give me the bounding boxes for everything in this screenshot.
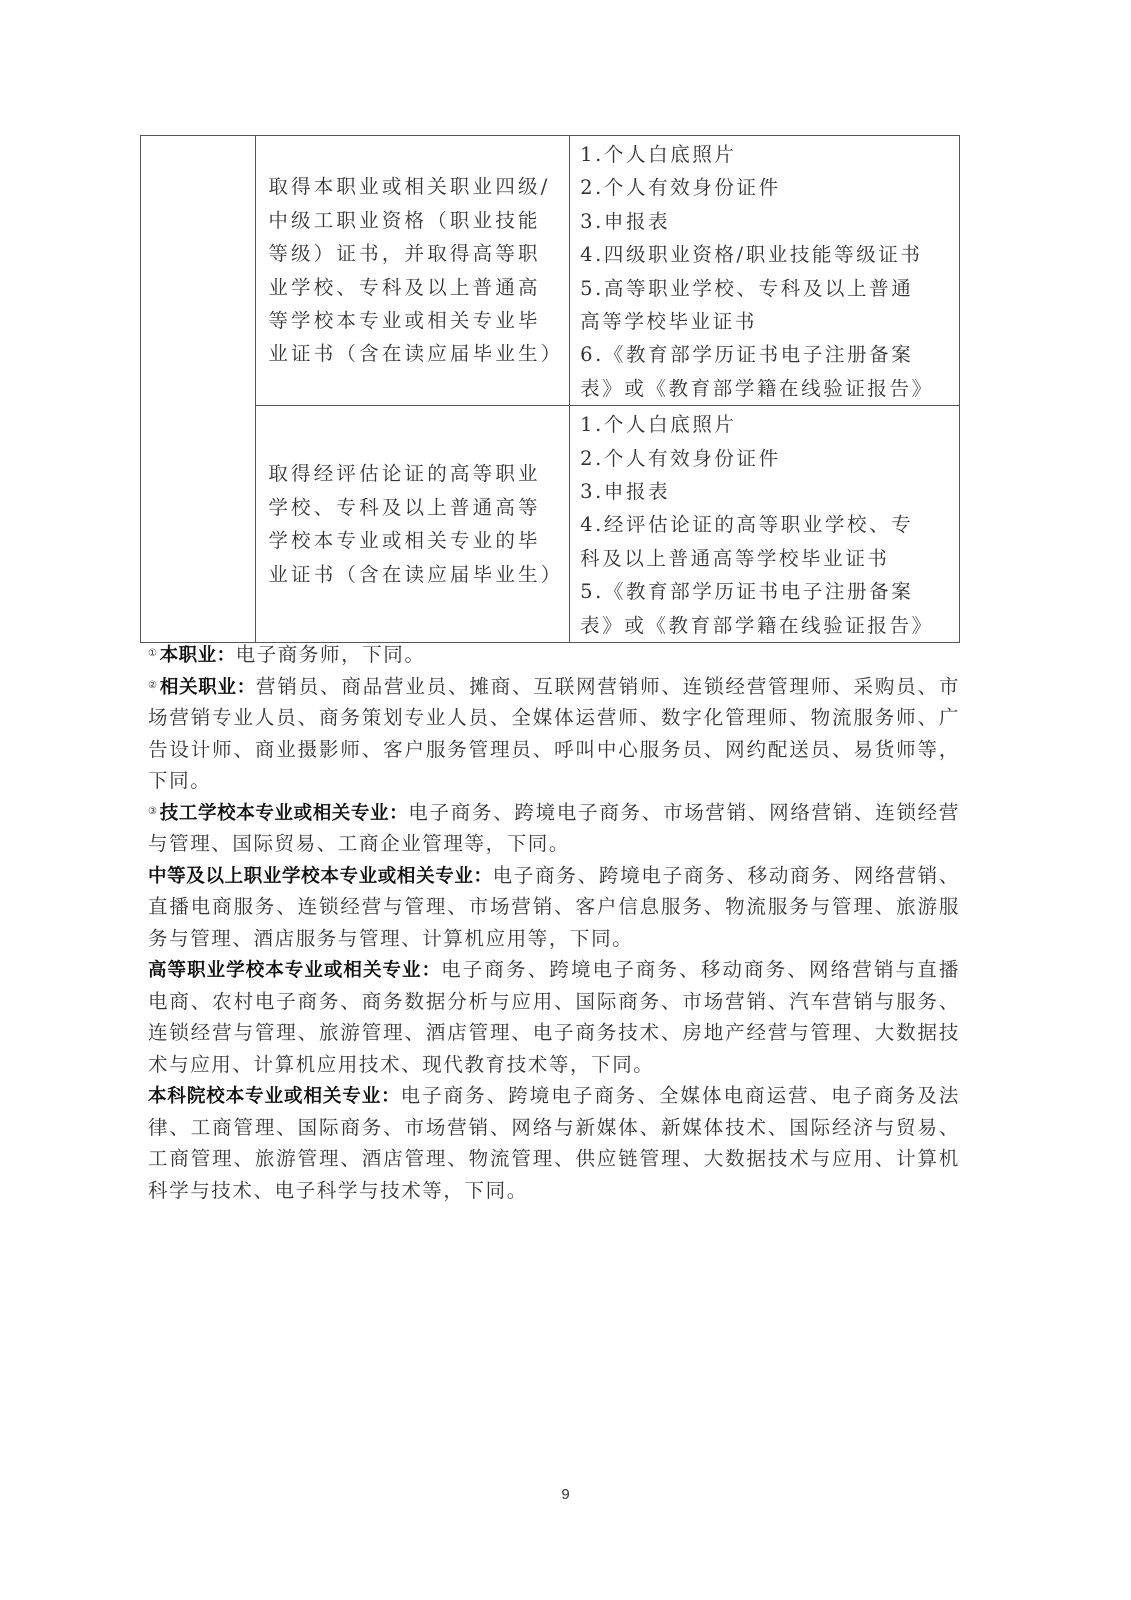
material-item: 4.四级职业资格/职业技能等级证书 — [580, 238, 953, 271]
footnotes: ①本职业：电子商务师，下同。 ②相关职业：营销员、商品营业员、摊商、互联网营销师… — [148, 640, 960, 1207]
footnote-term: 中等及以上职业学校本专业或相关专业： — [148, 866, 493, 887]
condition-line: 等学校本专业或相关专业毕 — [268, 304, 559, 337]
material-item: 3.申报表 — [580, 205, 953, 238]
footnote-text: 电子商务师，下同。 — [236, 645, 426, 666]
footnote-this-occupation: ①本职业：电子商务师，下同。 — [148, 640, 960, 672]
footnote-higher-vocational-majors: 高等职业学校本专业或相关专业：电子商务、跨境电子商务、移动商务、网络营销与直播电… — [148, 955, 960, 1081]
condition-line: 业证书（含在读应届毕业生） — [268, 558, 559, 591]
footnote-term: 高等职业学校本专业或相关专业： — [148, 960, 441, 981]
footnote-secondary-vocational-majors: 中等及以上职业学校本专业或相关专业：电子商务、跨境电子商务、移动商务、网络营销、… — [148, 861, 960, 956]
materials-cell: 1.个人白底照片 2.个人有效身份证件 3.申报表 4.四级职业资格/职业技能等… — [570, 136, 960, 406]
footnote-term: 本科院校本专业或相关专业： — [148, 1086, 401, 1107]
footnote-term: 本职业： — [160, 645, 236, 666]
footnote-text: 营销员、商品营业员、摊商、互联网营销师、连锁经营管理师、采购员、市场营销专业人员… — [148, 677, 960, 793]
footnote-undergraduate-majors: 本科院校本专业或相关专业：电子商务、跨境电子商务、全媒体电商运营、电子商务及法律… — [148, 1081, 960, 1207]
table-row: 取得本职业或相关职业四级/ 中级工职业资格（职业技能 等级）证书，并取得高等职 … — [141, 136, 960, 406]
material-item: 表》或《教育部学籍在线验证报告》 — [580, 372, 953, 405]
footnote-related-occupations: ②相关职业：营销员、商品营业员、摊商、互联网营销师、连锁经营管理师、采购员、市场… — [148, 672, 960, 798]
condition-line: 业学校、专科及以上普通高 — [268, 271, 559, 304]
footnote-technical-school-majors: ③技工学校本专业或相关专业：电子商务、跨境电子商务、市场营销、网络营销、连锁经营… — [148, 798, 960, 861]
footnote-term: 相关职业： — [160, 677, 256, 698]
material-item: 4.经评估论证的高等职业学校、专 — [580, 508, 953, 541]
footnote-marker: ③ — [148, 806, 159, 817]
material-item: 1.个人白底照片 — [580, 408, 953, 441]
table-row: 取得经评估论证的高等职业 学校、专科及以上普通高等 学校本专业或相关专业的毕 业… — [141, 406, 960, 643]
materials-cell: 1.个人白底照片 2.个人有效身份证件 3.申报表 4.经评估论证的高等职业学校… — [570, 406, 960, 643]
material-item: 表》或《教育部学籍在线验证报告》 — [580, 609, 953, 642]
material-item: 1.个人白底照片 — [580, 138, 953, 171]
condition-line: 学校本专业或相关专业的毕 — [268, 524, 559, 557]
footnote-marker: ② — [148, 680, 159, 691]
material-item: 2.个人有效身份证件 — [580, 442, 953, 475]
condition-line: 等级）证书，并取得高等职 — [268, 237, 559, 270]
condition-line: 取得经评估论证的高等职业 — [268, 457, 559, 490]
material-item: 高等学校毕业证书 — [580, 305, 953, 338]
condition-line: 业证书（含在读应届毕业生） — [268, 337, 559, 370]
condition-cell: 取得本职业或相关职业四级/ 中级工职业资格（职业技能 等级）证书，并取得高等职 … — [256, 136, 570, 406]
footnote-term: 技工学校本专业或相关专业： — [160, 803, 409, 824]
condition-cell: 取得经评估论证的高等职业 学校、专科及以上普通高等 学校本专业或相关专业的毕 业… — [256, 406, 570, 643]
material-item: 科及以上普通高等学校毕业证书 — [580, 542, 953, 575]
material-item: 2.个人有效身份证件 — [580, 171, 953, 204]
material-item: 3.申报表 — [580, 475, 953, 508]
material-item: 5.《教育部学历证书电子注册备案 — [580, 575, 953, 608]
condition-line: 取得本职业或相关职业四级/ — [268, 170, 559, 203]
page-number: 9 — [0, 1486, 1131, 1503]
material-item: 6.《教育部学历证书电子注册备案 — [580, 338, 953, 371]
footnote-marker: ① — [148, 648, 159, 659]
category-cell-empty — [141, 136, 256, 643]
condition-line: 学校、专科及以上普通高等 — [268, 491, 559, 524]
requirements-table: 取得本职业或相关职业四级/ 中级工职业资格（职业技能 等级）证书，并取得高等职 … — [140, 135, 960, 643]
condition-line: 中级工职业资格（职业技能 — [268, 204, 559, 237]
material-item: 5.高等职业学校、专科及以上普通 — [580, 272, 953, 305]
